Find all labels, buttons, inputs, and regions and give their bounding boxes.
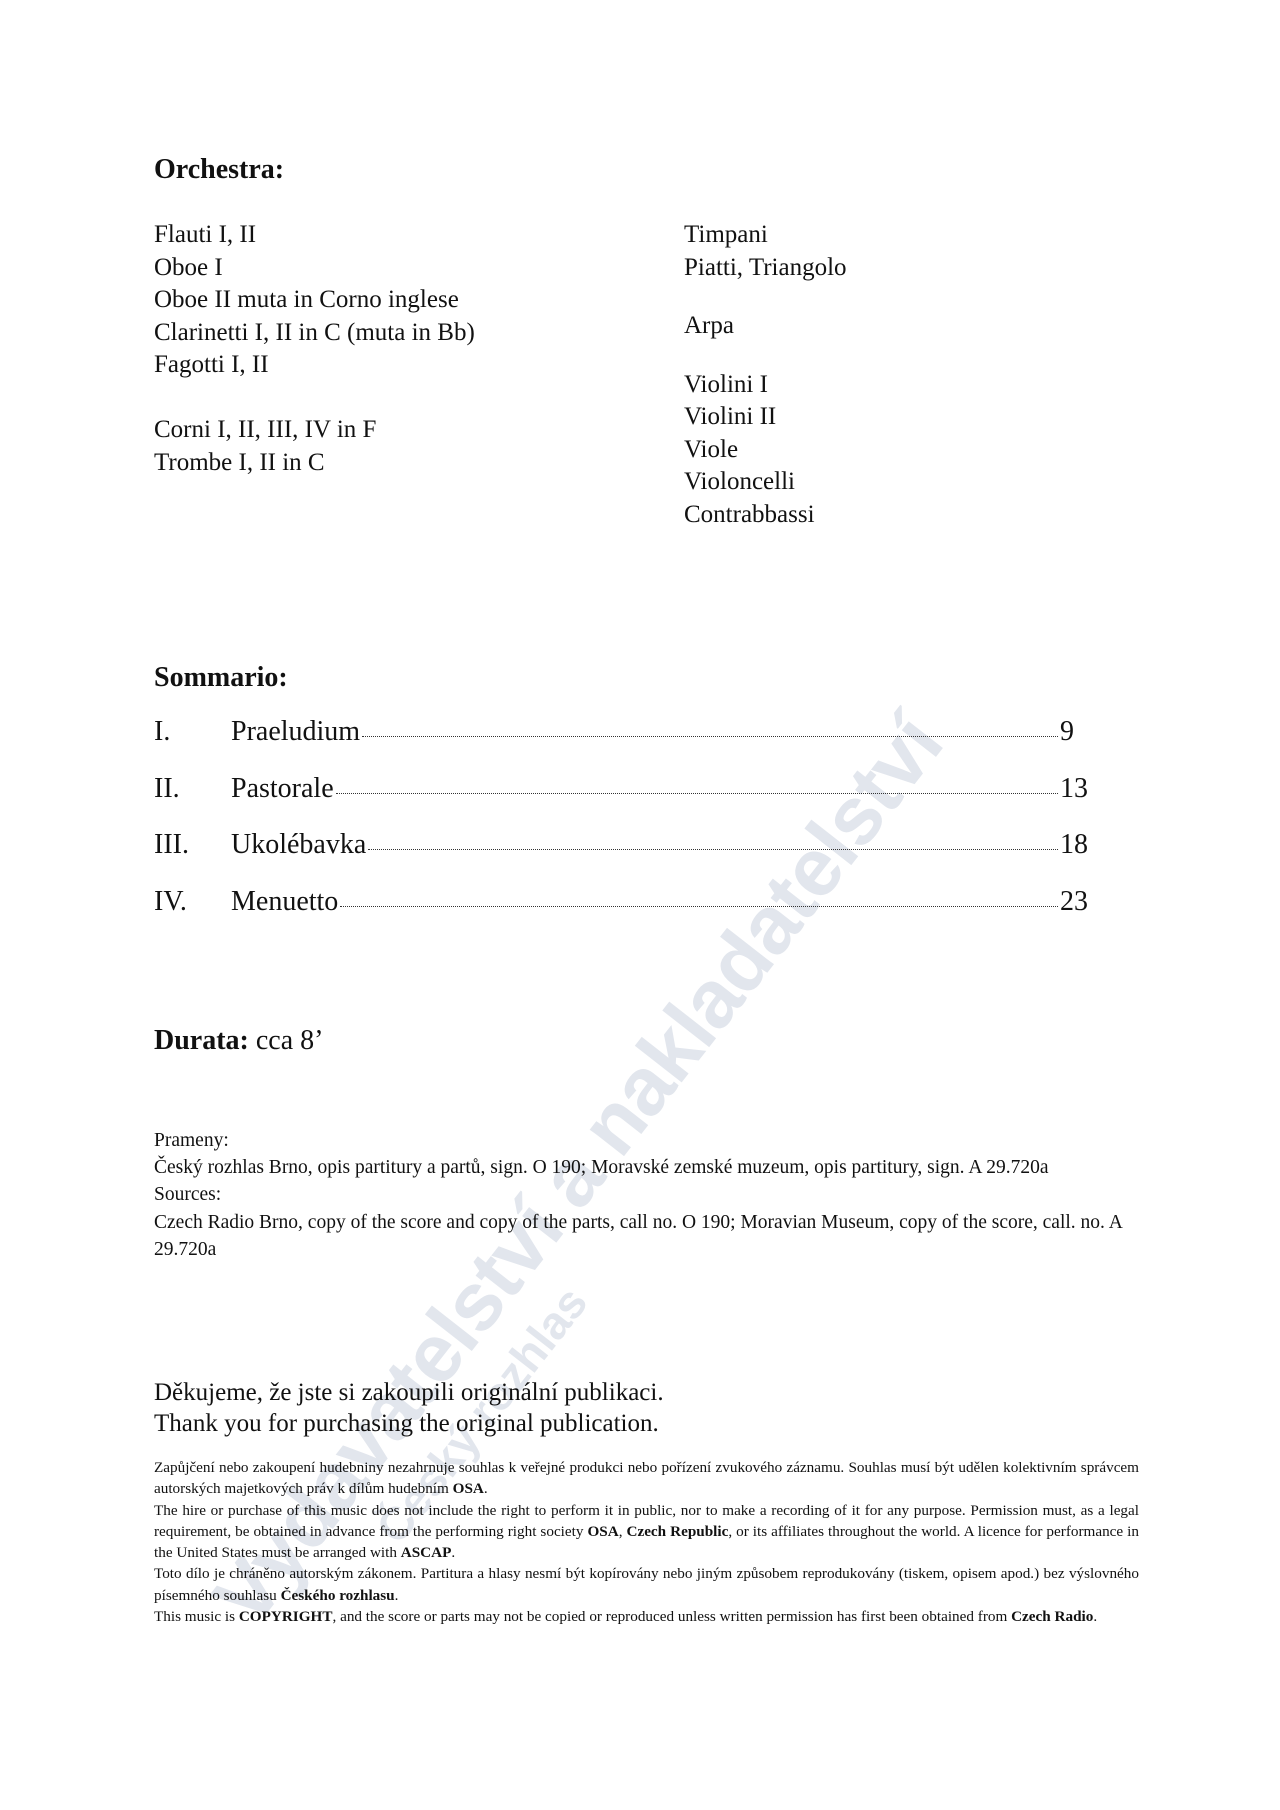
sources-text-cz: Český rozhlas Brno, opis partitury a par…	[154, 1154, 1144, 1181]
sommario-heading: Sommario:	[154, 662, 288, 694]
instrument-item: Flauti I, II	[154, 219, 475, 252]
legal-text: .	[451, 1544, 455, 1561]
instrument-item: Piatti, Triangolo	[684, 252, 847, 285]
thank-you-en: Thank you for purchasing the original pu…	[154, 1408, 664, 1439]
toc-entry[interactable]: II. Pastorale 13	[154, 773, 1094, 830]
toc-page-number: 13	[1060, 773, 1094, 805]
legal-emphasis: OSA	[587, 1523, 618, 1540]
legal-text: .	[1093, 1608, 1097, 1625]
group-spacer	[684, 284, 847, 310]
legal-paragraph-copyright-en: This music is COPYRIGHT, and the score o…	[154, 1606, 1139, 1627]
group-spacer	[684, 343, 847, 369]
sources-label-en: Sources:	[154, 1181, 1144, 1208]
document-page: Vydavatelství a nakladatelství Český roz…	[0, 0, 1280, 1810]
orchestra-heading: Orchestra:	[154, 154, 284, 186]
toc-entry[interactable]: IV. Menuetto 23	[154, 886, 1094, 943]
sources-block: Prameny: Český rozhlas Brno, opis partit…	[154, 1127, 1144, 1263]
legal-text: .	[484, 1480, 488, 1497]
instrument-item: Arpa	[684, 310, 847, 343]
instrument-item: Timpani	[684, 219, 847, 252]
thank-you-note: Děkujeme, že jste si zakoupili origináln…	[154, 1377, 664, 1439]
legal-emphasis: ASCAP	[401, 1544, 452, 1561]
legal-text: , and the score or parts may not be copi…	[332, 1608, 1011, 1625]
instrument-item: Viole	[684, 434, 847, 467]
group-spacer	[154, 382, 475, 415]
toc-movement-title: Menuetto	[231, 886, 338, 918]
toc-movement-title: Ukolébavka	[231, 829, 366, 861]
legal-text: .	[395, 1587, 399, 1604]
duration-label: Durata:	[154, 1025, 249, 1056]
toc-movement-number: II.	[154, 773, 231, 805]
legal-paragraph-copyright-cz: Toto dílo je chráněno autorským zákonem.…	[154, 1563, 1139, 1606]
duration: Durata: cca 8’	[154, 1025, 323, 1057]
legal-emphasis: Českého rozhlasu	[281, 1587, 395, 1604]
toc-movement-number: III.	[154, 829, 231, 861]
legal-emphasis: Czech Republic	[626, 1523, 728, 1540]
toc-entry[interactable]: I. Praeludium 9	[154, 716, 1094, 773]
instrument-item: Clarinetti I, II in C (muta in Bb)	[154, 317, 475, 350]
toc-movement-title: Pastorale	[231, 773, 334, 805]
instrument-item: Oboe II muta in Corno inglese	[154, 284, 475, 317]
instrument-item: Violini II	[684, 401, 847, 434]
toc-page-number: 23	[1060, 886, 1094, 918]
legal-text: This music is	[154, 1608, 239, 1625]
instrument-list-right: Timpani Piatti, Triangolo Arpa Violini I…	[684, 219, 847, 531]
sources-label-cz: Prameny:	[154, 1127, 1144, 1154]
toc-movement-title: Praeludium	[231, 716, 360, 748]
legal-emphasis: OSA	[453, 1480, 484, 1497]
toc-dot-leader	[336, 793, 1058, 794]
thank-you-cz: Děkujeme, že jste si zakoupili origináln…	[154, 1377, 664, 1408]
table-of-contents: I. Praeludium 9 II. Pastorale 13 III. Uk…	[154, 716, 1094, 942]
legal-paragraph-performance-cz: Zapůjčení nebo zakoupení hudebniny nezah…	[154, 1457, 1139, 1500]
toc-page-number: 9	[1060, 716, 1094, 748]
sources-text-en: Czech Radio Brno, copy of the score and …	[154, 1209, 1144, 1263]
legal-emphasis: COPYRIGHT	[239, 1608, 333, 1625]
instrument-item: Oboe I	[154, 252, 475, 285]
duration-value: cca 8’	[256, 1025, 324, 1056]
legal-notice: Zapůjčení nebo zakoupení hudebniny nezah…	[154, 1457, 1139, 1627]
instrument-item: Violini I	[684, 369, 847, 402]
instrument-list-left: Flauti I, II Oboe I Oboe II muta in Corn…	[154, 219, 475, 479]
instrument-item: Trombe I, II in C	[154, 447, 475, 480]
toc-entry[interactable]: III. Ukolébavka 18	[154, 829, 1094, 886]
toc-dot-leader	[362, 736, 1058, 737]
instrument-item: Violoncelli	[684, 466, 847, 499]
legal-paragraph-performance-en: The hire or purchase of this music does …	[154, 1500, 1139, 1564]
instrument-item: Fagotti I, II	[154, 349, 475, 382]
toc-movement-number: IV.	[154, 886, 231, 918]
legal-text: Zapůjčení nebo zakoupení hudebniny nezah…	[154, 1459, 1139, 1497]
instrument-item: Corni I, II, III, IV in F	[154, 414, 475, 447]
instrument-item: Contrabbassi	[684, 499, 847, 532]
toc-movement-number: I.	[154, 716, 231, 748]
toc-dot-leader	[340, 906, 1058, 907]
legal-emphasis: Czech Radio	[1011, 1608, 1093, 1625]
toc-dot-leader	[368, 849, 1058, 850]
page-content: Orchestra: Flauti I, II Oboe I Oboe II m…	[0, 0, 1280, 1810]
toc-page-number: 18	[1060, 829, 1094, 861]
